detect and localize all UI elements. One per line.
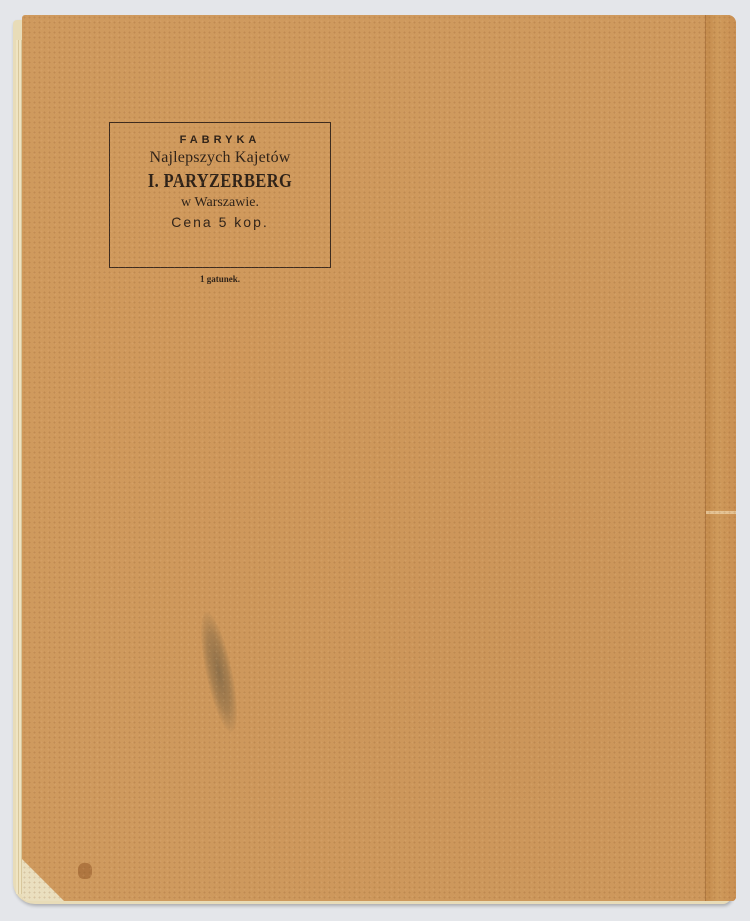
cover-smudge — [194, 610, 245, 735]
label-city: w Warszawie. — [110, 195, 330, 211]
notebook-cover: FABRYKA Najlepszych Kajetów I. PARYZERBE… — [22, 15, 736, 901]
printed-label: FABRYKA Najlepszych Kajetów I. PARYZERBE… — [109, 122, 331, 268]
label-price: Cena 5 kop. — [110, 214, 330, 230]
label-grade: 1 gatunek. — [109, 274, 331, 284]
corner-stain — [78, 863, 92, 879]
label-factory: FABRYKA — [110, 134, 330, 146]
label-maker-name: I. PARYZERBERG — [130, 170, 310, 193]
label-description: Najlepszych Kajetów — [110, 149, 330, 167]
cover-spine — [705, 15, 736, 901]
worn-corner — [22, 859, 64, 901]
spine-crease — [706, 511, 736, 514]
